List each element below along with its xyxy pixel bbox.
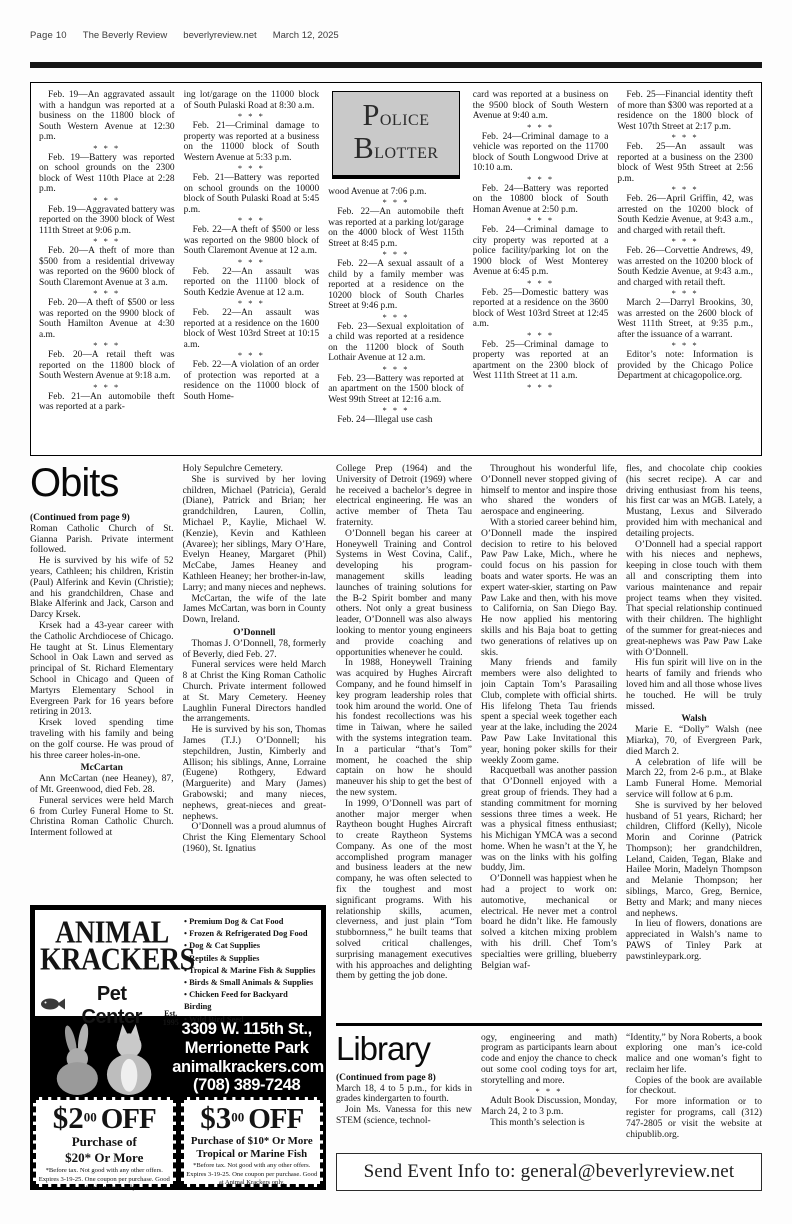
- page-number: Page 10: [30, 30, 67, 41]
- blotter-entry: Feb. 25—Criminal damage to property was …: [473, 340, 609, 382]
- ad-bullet-item: Chicken Feed for Backyard Birding: [184, 989, 317, 1013]
- ad-website: animalkrackers.com: [172, 1058, 321, 1077]
- blotter-column-1: Feb. 19—An aggravated assault with a han…: [39, 90, 175, 448]
- ad-bullet-item: Dog & Cat Supplies: [184, 940, 317, 952]
- blotter-entry: Feb. 24—Illegal use cash: [328, 415, 464, 426]
- blotter-entry: Feb. 23—Battery was reported at an apart…: [328, 374, 464, 406]
- library-paragraph: ogy, engineering and math) program as pa…: [481, 1033, 617, 1087]
- publication-website: beverlyreview.net: [183, 30, 256, 41]
- library-paragraph: March 18, 4 to 5 p.m., for kids in grade…: [336, 1084, 472, 1106]
- blotter-entry: Feb. 22—An automobile theft was reported…: [328, 207, 464, 249]
- blotter-entry: * * *: [617, 288, 753, 298]
- blotter-entry: Feb. 22—An assault was reported at a res…: [184, 308, 320, 350]
- library-paragraph: “Identity,” by Nora Roberts, a book expl…: [626, 1033, 762, 1076]
- obit-paragraph: She is survived by her loving children, …: [183, 475, 327, 594]
- ad-address-line2: Merrionette Park: [172, 1039, 321, 1058]
- obit-paragraph: O’Donnell was happiest when he had a pro…: [481, 874, 617, 971]
- ad-header: ANIMAL KRACKERS Pet Center Est. 1995 Pre…: [33, 908, 323, 1018]
- blotter-entry: Feb. 19—Battery was reported on school g…: [39, 153, 175, 195]
- obits-column-1: Obits (Continued from page 9)Roman Catho…: [30, 464, 174, 900]
- library-paragraph: Copies of the book are available for che…: [626, 1076, 762, 1098]
- ad-bullet-item: Frozen & Refrigerated Dog Food: [184, 928, 317, 940]
- blotter-entry: * * *: [184, 163, 320, 173]
- library-paragraph: Join Ms. Vanessa for this new STEM (scie…: [336, 1105, 472, 1127]
- obits-columns-left: Obits (Continued from page 9)Roman Catho…: [30, 464, 326, 900]
- coupon-amount: $300 OFF: [186, 1102, 319, 1134]
- obit-paragraph: In lieu of flowers, donations are apprec…: [626, 919, 762, 962]
- blotter-entry: Feb. 20—A theft of more than $500 from a…: [39, 246, 175, 288]
- issue-date: March 12, 2025: [273, 30, 339, 41]
- blotter-entry: * * *: [328, 312, 464, 322]
- coupon-cents: 00: [231, 1110, 244, 1125]
- blotter-entry: * * *: [39, 382, 175, 392]
- fish-icon: [40, 996, 66, 1016]
- obit-paragraph: O’Donnell had a special rapport with his…: [626, 540, 762, 659]
- obit-paragraph: Funeral services were held March 8 at Ch…: [183, 660, 327, 725]
- page-body: Obits (Continued from page 9)Roman Catho…: [30, 464, 762, 1191]
- library-section-rule: [336, 1023, 762, 1026]
- blotter-entry: Feb. 21—Battery was reported on school g…: [184, 173, 320, 215]
- obits-column-2: Holy Sepulchre Cemetery.She is survived …: [183, 464, 327, 900]
- obit-paragraph: Walsh: [626, 714, 762, 725]
- ad-bullet-item: Birds & Small Animals & Supplies: [184, 977, 317, 989]
- blotter-entry: card was reported at a business on the 9…: [473, 90, 609, 122]
- ad-address-line1: 3309 W. 115th St.,: [172, 1020, 321, 1039]
- police-blotter-box: Feb. 19—An aggravated assault with a han…: [30, 82, 762, 456]
- blotter-entry: Feb. 19—An aggravated assault with a han…: [39, 90, 175, 143]
- blotter-entry: Feb. 26—April Griffin, 42, was arrested …: [617, 194, 753, 236]
- blotter-entry: * * *: [39, 195, 175, 205]
- library-paragraph: Adult Book Discussion, Monday, March 24,…: [481, 1096, 617, 1118]
- obits-column-3: College Prep (1964) and the University o…: [336, 464, 472, 1016]
- obit-paragraph: O’Donnell: [183, 628, 327, 639]
- coupon-description-line1: Purchase of: [38, 1135, 171, 1150]
- obit-paragraph: Racquetball was another passion that O’D…: [481, 766, 617, 874]
- blotter-entry: Feb. 24—Battery was reported on the 1080…: [473, 184, 609, 216]
- obit-paragraph: In 1988, Honeywell Training was acquired…: [336, 658, 472, 798]
- obit-paragraph: O’Donnell was a proud alumnus of Christ …: [183, 822, 327, 854]
- obit-paragraph: Thomas J. O’Donnell, 78, formerly of Bev…: [183, 639, 327, 661]
- blotter-column-2: ing lot/garage on the 11000 block of Sou…: [184, 90, 320, 448]
- blotter-entry: * * *: [328, 197, 464, 207]
- blotter-entry: March 2—Darryl Brookins, 30, was arreste…: [617, 298, 753, 340]
- blotter-entry: * * *: [617, 132, 753, 142]
- coupon-price: $3: [200, 1100, 231, 1135]
- blotter-entry: Feb. 20—A theft of $500 or less was repo…: [39, 298, 175, 340]
- obits-column-1-text: (Continued from page 9)Roman Catholic Ch…: [30, 513, 174, 839]
- blotter-entry: * * *: [473, 330, 609, 340]
- coupon-amount: $200 OFF: [38, 1102, 171, 1134]
- blotter-entry: Feb. 24—Criminal damage to a vehicle was…: [473, 132, 609, 174]
- blotter-entry: * * *: [39, 236, 175, 246]
- blotter-entry: * * *: [328, 364, 464, 374]
- blotter-entry: * * *: [473, 278, 609, 288]
- obit-paragraph: Ann McCartan (nee Heaney), 87, of Mt. Gr…: [30, 774, 174, 796]
- blotter-entry: Feb. 25—An assault was reported at a bus…: [617, 142, 753, 184]
- police-blotter-title-box: Police Blotter: [332, 91, 460, 179]
- blotter-entry: * * *: [39, 288, 175, 298]
- obit-paragraph: He is survived by his wife of 52 years, …: [30, 556, 174, 621]
- blotter-column-5: Feb. 25—Financial identity theft of more…: [617, 90, 753, 448]
- coupon-2-dollars-off: $200 OFF Purchase of $20* Or More *Befor…: [33, 1097, 176, 1187]
- coupon-off-label: OFF: [101, 1103, 156, 1135]
- masthead-rule: [30, 62, 762, 68]
- obit-paragraph: (Continued from page 9): [30, 513, 174, 524]
- blotter-entry: * * *: [328, 249, 464, 259]
- event-info-banner: Send Event Info to: general@beverlyrevie…: [336, 1153, 762, 1191]
- obit-paragraph: O’Donnell began his career at Honeywell …: [336, 529, 472, 659]
- blotter-entry: * * *: [473, 382, 609, 392]
- newspaper-page: Page 10 The Beverly Review beverlyreview…: [0, 0, 792, 1191]
- library-column-1-text: (Continued from page 8)March 18, 4 to 5 …: [336, 1073, 472, 1127]
- obit-paragraph: College Prep (1964) and the University o…: [336, 464, 472, 529]
- coupon-fine-print: *Before tax. Not good with any other off…: [38, 1167, 171, 1193]
- ad-bullet-item: Tropical & Marine Fish & Supplies: [184, 965, 317, 977]
- obit-paragraph: McCartan: [30, 763, 174, 774]
- obit-paragraph: With a storied career behind him, O’Donn…: [481, 518, 617, 658]
- coupon-fine-print: *Before tax. Not good with any other off…: [186, 1162, 319, 1188]
- obit-paragraph: McCartan, the wife of the late James McC…: [183, 594, 327, 626]
- obits-section-title: Obits: [30, 464, 174, 502]
- blotter-entry: * * *: [184, 257, 320, 267]
- coupon-3-dollars-off: $300 OFF Purchase of $10* Or More Tropic…: [181, 1097, 324, 1187]
- obit-paragraph: Marie E. “Dolly” Walsh (nee Miarka), 70,…: [626, 725, 762, 757]
- blotter-entry: * * *: [473, 174, 609, 184]
- blotter-column-3: Police Blotter wood Avenue at 7:06 p.m.*…: [328, 90, 464, 448]
- blotter-entry: * * *: [473, 215, 609, 225]
- blotter-entry: Feb. 22—An assault was reported on the 1…: [184, 267, 320, 299]
- obit-paragraph: Krsek had a 43-year career with the Cath…: [30, 621, 174, 718]
- blotter-entry: Feb. 19—Aggravated battery was reported …: [39, 205, 175, 237]
- obit-paragraph: Krsek loved spending time traveling with…: [30, 718, 174, 761]
- right-region: College Prep (1964) and the University o…: [336, 464, 762, 1191]
- ad-middle-band: 3309 W. 115th St., Merrionette Park anim…: [33, 1018, 323, 1097]
- coupon-description-line1: Purchase of $10* Or More: [186, 1135, 319, 1147]
- blotter-entry: Feb. 22—A violation of an order of prote…: [184, 360, 320, 402]
- ad-brand-line2: KRACKERS: [40, 945, 184, 976]
- obits-column-4: Throughout his wonderful life, O’Donnell…: [481, 464, 617, 1016]
- obits-column-5: fles, and chocolate chip cookies (his se…: [626, 464, 762, 1016]
- obit-paragraph: Roman Catholic Church of St. Gianna Pari…: [30, 524, 174, 556]
- ad-address-block: 3309 W. 115th St., Merrionette Park anim…: [172, 1020, 321, 1095]
- police-blotter-title-line2: Blotter: [333, 132, 459, 165]
- library-paragraph: * * *: [481, 1086, 617, 1096]
- blotter-entry: * * *: [39, 340, 175, 350]
- masthead: Page 10 The Beverly Review beverlyreview…: [30, 0, 762, 41]
- blotter-entry: ing lot/garage on the 11000 block of Sou…: [184, 90, 320, 111]
- library-paragraph: (Continued from page 8): [336, 1073, 472, 1084]
- library-section-title: Library: [336, 1033, 472, 1064]
- blotter-entry: * * *: [184, 298, 320, 308]
- ad-coupons-row: $200 OFF Purchase of $20* Or More *Befor…: [33, 1097, 323, 1187]
- ad-bullet-item: Premium Dog & Cat Food: [184, 916, 317, 928]
- animal-krackers-ad: ANIMAL KRACKERS Pet Center Est. 1995 Pre…: [30, 905, 326, 1190]
- blotter-entry: Feb. 20—A retail theft was reported on t…: [39, 350, 175, 382]
- blotter-entry: * * *: [617, 184, 753, 194]
- obit-paragraph: He is survived by his son, Thomas James …: [183, 725, 327, 822]
- coupon-price: $2: [53, 1100, 84, 1135]
- library-paragraph: For more information or to register for …: [626, 1097, 762, 1140]
- ad-brand: ANIMAL KRACKERS Pet Center Est. 1995: [40, 915, 184, 1013]
- obit-paragraph: A celebration of life will be March 22, …: [626, 758, 762, 801]
- library-column-1: Library (Continued from page 8)March 18,…: [336, 1033, 472, 1146]
- coupon-off-label: OFF: [248, 1103, 303, 1135]
- blotter-entry: Feb. 26—Corvettie Andrews, 49, was arres…: [617, 246, 753, 288]
- blotter-column-4: card was reported at a business on the 9…: [473, 90, 609, 448]
- obit-paragraph: His fun spirit will live on in the heart…: [626, 658, 762, 712]
- blotter-entry: Feb. 25—Financial identity theft of more…: [617, 90, 753, 132]
- blotter-entry: * * *: [184, 215, 320, 225]
- library-column-3: “Identity,” by Nora Roberts, a book expl…: [626, 1033, 762, 1146]
- blotter-entry: * * *: [473, 122, 609, 132]
- blotter-entry: Feb. 24—Criminal damage to city property…: [473, 225, 609, 278]
- library-column-2: ogy, engineering and math) program as pa…: [481, 1033, 617, 1146]
- obit-paragraph: In 1999, O’Donnell was part of another m…: [336, 799, 472, 983]
- obit-paragraph: Holy Sepulchre Cemetery.: [183, 464, 327, 475]
- coupon-description-line2: $20* Or More: [38, 1151, 171, 1166]
- event-info-text: Send Event Info to: general@beverlyrevie…: [364, 1161, 735, 1183]
- blotter-entry: Editor’s note: Information is provided b…: [617, 350, 753, 382]
- police-blotter-title-line1: Police: [333, 99, 459, 132]
- blotter-entry: * * *: [617, 340, 753, 350]
- library-section: Library (Continued from page 8)March 18,…: [336, 1033, 762, 1146]
- library-paragraph: This month’s selection is: [481, 1118, 617, 1129]
- blotter-entry: Feb. 25—Domestic battery was reported at…: [473, 288, 609, 330]
- blotter-entry: Feb. 22—A theft of $500 or less was repo…: [184, 225, 320, 257]
- blotter-column-3-text: wood Avenue at 7:06 p.m.* * *Feb. 22—An …: [328, 187, 464, 426]
- ad-bullet-item: Reptiles & Supplies: [184, 953, 317, 965]
- rabbit-cat-illustration: [35, 1021, 172, 1095]
- ad-phone: (708) 389-7248: [172, 1076, 321, 1095]
- blotter-entry: Feb. 21—Criminal damage to property was …: [184, 121, 320, 163]
- blotter-entry: Feb. 22—A sexual assault of a child by a…: [328, 259, 464, 312]
- blotter-entry: * * *: [39, 143, 175, 153]
- obits-columns-right: College Prep (1964) and the University o…: [336, 464, 762, 1016]
- publication-name: The Beverly Review: [83, 30, 167, 41]
- coupon-description-line2: Tropical or Marine Fish: [186, 1148, 319, 1160]
- blotter-entry: * * *: [184, 350, 320, 360]
- blotter-entry: * * *: [328, 405, 464, 415]
- left-region: Obits (Continued from page 9)Roman Catho…: [30, 464, 326, 1191]
- blotter-entry: wood Avenue at 7:06 p.m.: [328, 187, 464, 198]
- obit-paragraph: Many friends and family members were als…: [481, 658, 617, 766]
- blotter-entry: Feb. 21—An automobile theft was reported…: [39, 392, 175, 413]
- blotter-entry: * * *: [617, 236, 753, 246]
- obit-paragraph: Throughout his wonderful life, O’Donnell…: [481, 464, 617, 518]
- ad-bullet-list: Premium Dog & Cat FoodFrozen & Refrigera…: [184, 915, 317, 1013]
- obit-paragraph: She is survived by her beloved husband o…: [626, 801, 762, 920]
- obit-paragraph: Funeral services were held March 6 from …: [30, 796, 174, 839]
- blotter-entry: * * *: [184, 111, 320, 121]
- blotter-entry: Feb. 23—Sexual exploitation of a child w…: [328, 322, 464, 364]
- obit-paragraph: fles, and chocolate chip cookies (his se…: [626, 464, 762, 540]
- coupon-cents: 00: [84, 1110, 97, 1125]
